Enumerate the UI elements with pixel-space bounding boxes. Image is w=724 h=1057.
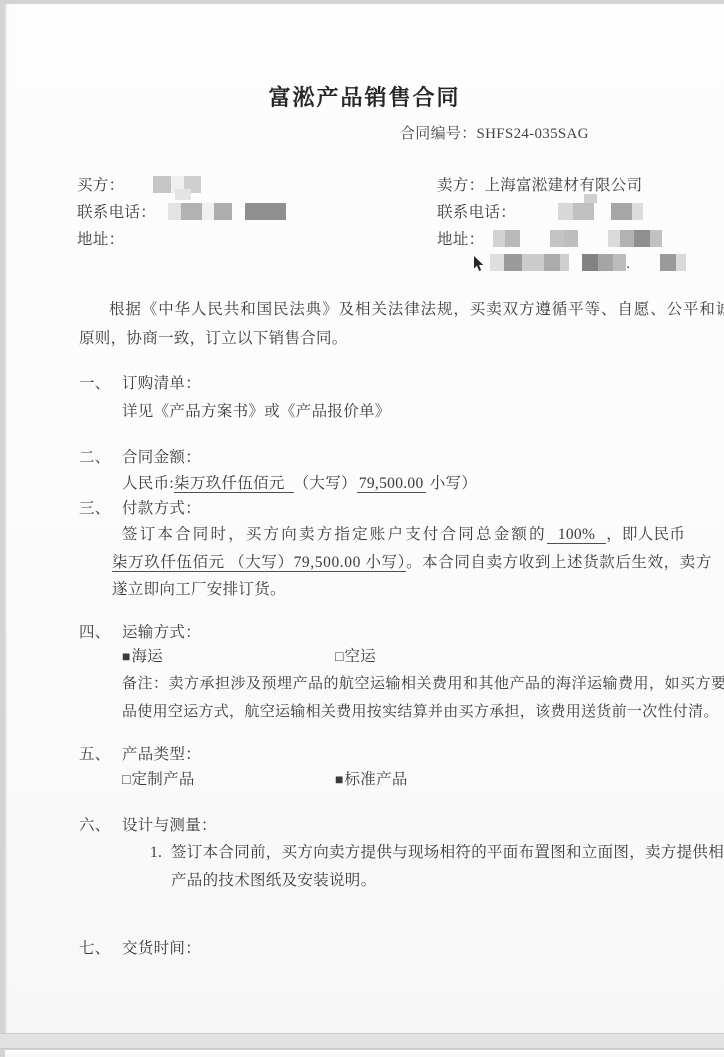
contract-page-1: 富淞产品销售合同 合同编号：SHFS24-035SAG 买方： 联系电话： 地址… <box>5 4 724 1033</box>
product-option-standard: ■标准产品 <box>335 770 408 791</box>
payment-text-post: ，即人民币 <box>606 526 685 543</box>
section-4-number: 四、 <box>79 623 122 643</box>
payment-text-rest: 。本合同自卖方收到上述货款后生效，卖方 <box>406 554 712 571</box>
section-7-heading: 七、交货时间： <box>79 939 201 959</box>
section-2-number: 二、 <box>79 448 122 468</box>
page-break-gap <box>0 1033 724 1049</box>
section-5-number: 五、 <box>79 745 122 765</box>
section-3-line-2: 柒万玖仟伍佰元 （大写）79,500.00 小写）。本合同自卖方收到上述货款后生… <box>112 553 712 573</box>
contract-number-value: SHFS24-035SAG <box>477 126 589 142</box>
section-6-number: 六、 <box>79 816 122 836</box>
section-4-heading: 四、运输方式： <box>79 623 201 643</box>
section-2-heading: 二、合同金额： <box>79 448 201 468</box>
redacted-seller-address-2: . <box>490 254 686 274</box>
section-3-number: 三、 <box>79 499 122 519</box>
shipping-option-sea: ■海运 <box>122 647 163 668</box>
section-2-amount-line: 人民币:柒万玖仟伍佰元（大写）79,500.00 小写） <box>122 474 477 494</box>
redacted-seller-phone <box>558 203 643 223</box>
shipping-note-line-1: 备注：卖方承担涉及预埋产品的航空运输相关费用和其他产品的海洋运输费用，如买方要求… <box>122 674 724 694</box>
section-1-body: 详见《产品方案书》或《产品报价单》 <box>122 402 391 422</box>
list-item-number: 1. <box>150 843 171 863</box>
daxie-label: （大写） <box>294 475 357 492</box>
section-7-number: 七、 <box>79 939 122 959</box>
seller-name: 上海富淞建材有限公司 <box>484 177 642 194</box>
buyer-address-label: 地址： <box>77 231 124 248</box>
section-6-item-line-2: 产品的技术图纸及安装说明。 <box>171 871 376 891</box>
seller-address-label: 地址： <box>437 231 484 248</box>
shipping-option-air: □空运 <box>335 647 376 668</box>
contract-number-label: 合同编号： <box>400 126 477 142</box>
seller-label: 卖方： <box>437 177 484 194</box>
shipping-option-air-label: 空运 <box>344 648 376 665</box>
preamble-line-1: 根据《中华人民共和国民法典》及相关法律法规，买卖双方遵循平等、自愿、公平和诚信 <box>109 300 724 320</box>
seller-address-row-2: . <box>473 254 686 278</box>
contract-page-2-top <box>5 1050 724 1057</box>
seller-phone-label: 联系电话： <box>437 204 516 221</box>
section-2-title: 合同金额： <box>122 449 201 466</box>
product-option-custom-label: 定制产品 <box>131 771 194 788</box>
section-3-line-3: 遂立即向工厂安排订货。 <box>112 580 286 600</box>
payment-amount-underlined: 柒万玖仟伍佰元 （大写）79,500.00 小写） <box>112 554 406 572</box>
buyer-phone-row: 联系电话： <box>77 203 286 223</box>
shipping-note-line-2: 品使用空运方式，航空运输相关费用按实结算并由买方承担，该费用送货前一次性付清。 <box>122 702 719 722</box>
payment-text-pre: 签订本合同时，买方向卖方指定账户支付合同总金额的 <box>122 526 547 543</box>
buyer-phone-label: 联系电话： <box>77 204 156 221</box>
section-5-heading: 五、产品类型： <box>79 745 201 765</box>
preamble-line-2: 原则，协商一致，订立以下销售合同。 <box>79 329 348 349</box>
section-1-heading: 一、订购清单： <box>79 374 201 394</box>
section-3-heading: 三、付款方式： <box>79 499 201 519</box>
seller-address-row: 地址： <box>437 230 662 250</box>
shipping-option-sea-label: 海运 <box>131 648 163 665</box>
section-6-item-line-1: 1.签订本合同前，买方向卖方提供与现场相符的平面布置图和立面图，卖方提供相应 <box>150 843 724 863</box>
document-viewer: 富淞产品销售合同 合同编号：SHFS24-035SAG 买方： 联系电话： 地址… <box>0 0 724 1057</box>
seller-name-row: 卖方：上海富淞建材有限公司 <box>437 176 642 196</box>
redacted-seller-address-1 <box>493 230 662 250</box>
redacted-buyer-name <box>153 176 201 196</box>
section-6-heading: 六、设计与测量： <box>79 816 217 836</box>
amount-in-words: 柒万玖仟伍佰元 <box>174 475 294 493</box>
section-4-title: 运输方式： <box>122 624 201 641</box>
product-option-standard-label: 标准产品 <box>344 771 407 788</box>
amount-in-figures: 79,500.00 <box>357 475 426 493</box>
product-option-custom: □定制产品 <box>122 770 195 791</box>
payment-percentage: 100% <box>547 526 606 544</box>
section-3-line-1: 签订本合同时，买方向卖方指定账户支付合同总金额的100%，即人民币 <box>122 525 685 545</box>
page-title: 富淞产品销售合同 <box>5 88 724 108</box>
currency-prefix: 人民币: <box>122 475 174 492</box>
section-6-item-text-1: 签订本合同前，买方向卖方提供与现场相符的平面布置图和立面图，卖方提供相应 <box>171 844 724 861</box>
xiaoxie-label: 小写） <box>430 475 477 492</box>
section-1-title: 订购清单： <box>122 375 201 392</box>
section-3-title: 付款方式： <box>122 500 201 517</box>
buyer-name-row: 买方： <box>77 176 201 196</box>
section-1-number: 一、 <box>79 374 122 394</box>
section-7-title: 交货时间： <box>122 940 201 957</box>
redacted-buyer-phone <box>168 203 286 223</box>
seller-phone-row: 联系电话： <box>437 203 643 223</box>
buyer-label: 买方： <box>77 177 124 194</box>
section-6-title: 设计与测量： <box>122 817 217 834</box>
section-5-title: 产品类型： <box>122 746 201 763</box>
buyer-address-row: 地址： <box>77 230 124 250</box>
contract-number: 合同编号：SHFS24-035SAG <box>400 124 589 144</box>
mouse-cursor-icon <box>473 256 484 278</box>
